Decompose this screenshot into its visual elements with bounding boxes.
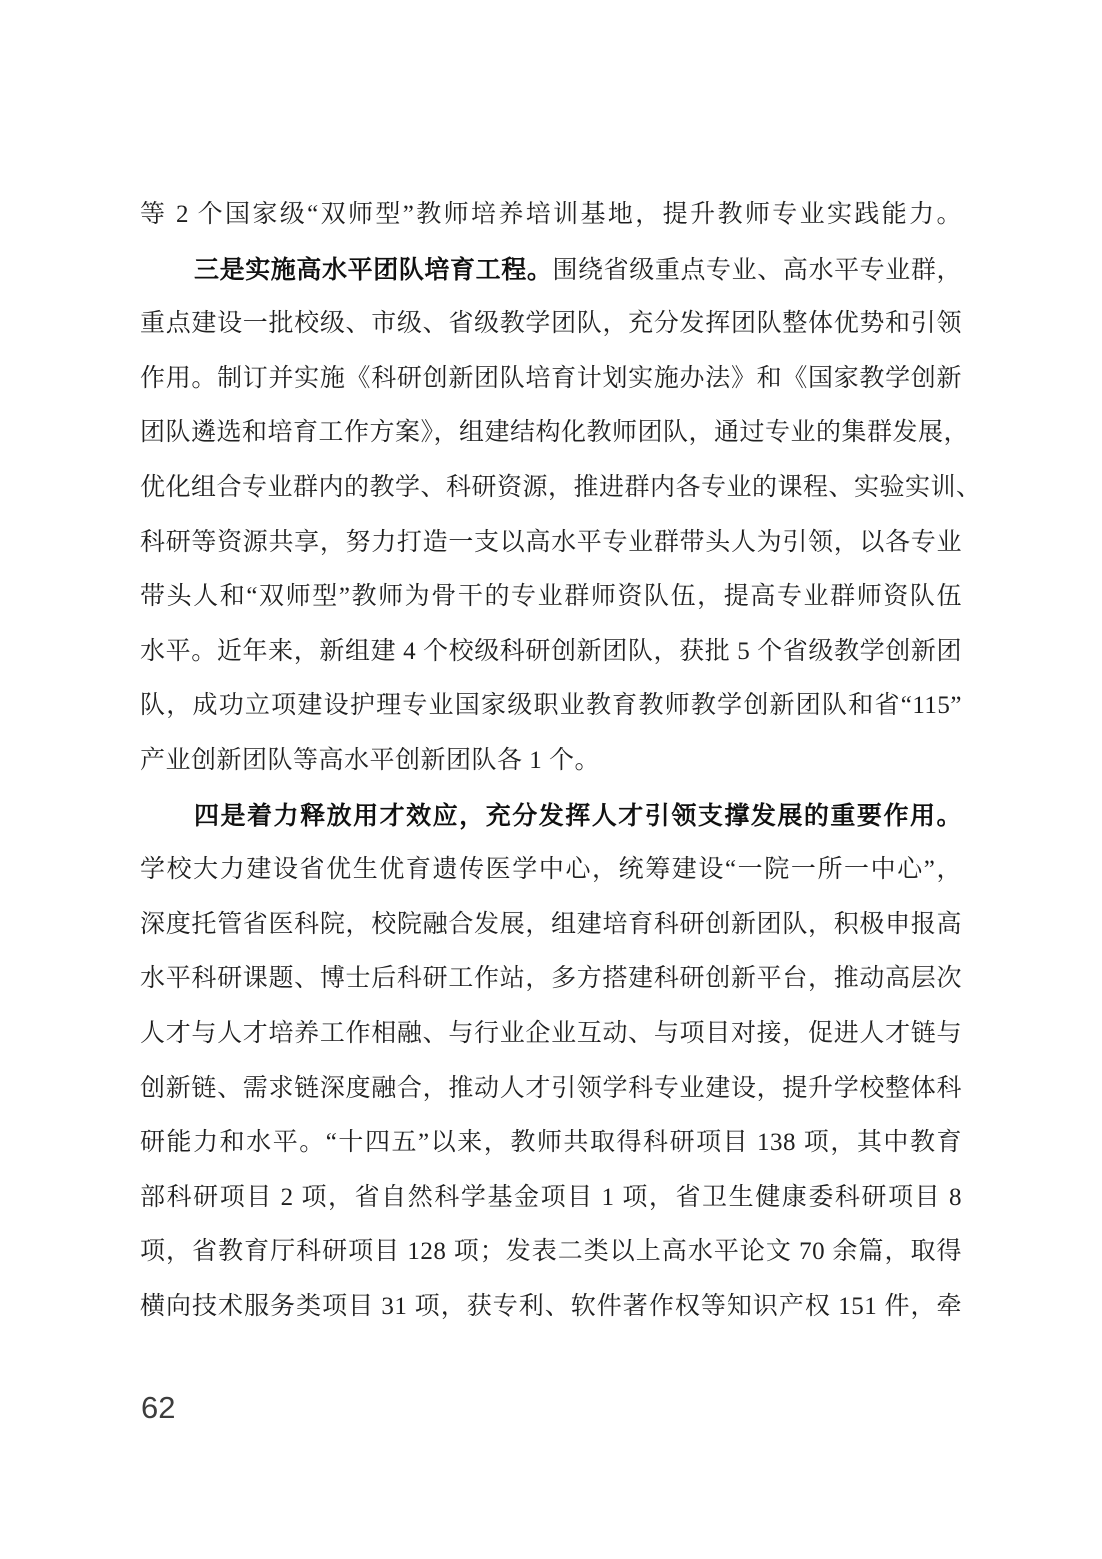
text-run: 带头人和“双师型”教师为骨干的专业群师资队伍，提高专业群师资队伍 — [140, 583, 962, 610]
bold-run: 三是实施高水平团队培育工程。 — [194, 256, 552, 284]
text-run: 水平。近年来，新组建 4 个校级科研创新团队，获批 5 个省级教学创新团 — [140, 638, 962, 665]
text-run: 水平科研课题、博士后科研工作站，多方搭建科研创新平台，推动高层次 — [140, 965, 962, 992]
text-line: 作用。制订并实施《科研创新团队培育计划实施办法》和《国家教学创新 — [140, 352, 962, 407]
text-line: 科研等资源共享，努力打造一支以高水平专业群带头人为引领，以各专业 — [140, 516, 962, 571]
text-line: 优化组合专业群内的教学、科研资源，推进群内各专业的课程、实验实训、 — [140, 461, 962, 516]
text-line: 四是着力释放用才效应，充分发挥人才引领支撑发展的重要作用。 — [140, 789, 962, 844]
text-line: 深度托管省医科院，校院融合发展，组建培育科研创新团队，积极申报高 — [140, 898, 962, 953]
text-line: 学校大力建设省优生优育遗传医学中心，统筹建设“一院一所一中心”， — [140, 843, 962, 898]
text-line: 三是实施高水平团队培育工程。围绕省级重点专业、高水平专业群， — [140, 243, 962, 298]
text-run: 等 2 个国家级“双师型”教师培养培训基地，提升教师专业实践能力。 — [140, 201, 962, 228]
text-line: 等 2 个国家级“双师型”教师培养培训基地，提升教师专业实践能力。 — [140, 188, 962, 243]
page-number: 62 — [141, 1390, 175, 1426]
text-run: 研能力和水平。“十四五”以来，教师共取得科研项目 138 项，其中教育 — [140, 1129, 962, 1156]
text-line: 重点建设一批校级、市级、省级教学团队，充分发挥团队整体优势和引领 — [140, 297, 962, 352]
text-run: 部科研项目 2 项，省自然科学基金项目 1 项，省卫生健康委科研项目 8 — [140, 1184, 962, 1211]
text-run: 团队遴选和培育工作方案》，组建结构化教师团队，通过专业的集群发展， — [140, 419, 969, 446]
text-run: 学校大力建设省优生优育遗传医学中心，统筹建设“一院一所一中心”， — [140, 856, 962, 883]
text-run: 围绕省级重点专业、高水平专业群， — [552, 257, 962, 284]
text-line: 部科研项目 2 项，省自然科学基金项目 1 项，省卫生健康委科研项目 8 — [140, 1171, 962, 1226]
text-run: 队，成功立项建设护理专业国家级职业教育教师教学创新团队和省“115” — [140, 692, 962, 719]
text-line: 研能力和水平。“十四五”以来，教师共取得科研项目 138 项，其中教育 — [140, 1116, 962, 1171]
text-run: 深度托管省医科院，校院融合发展，组建培育科研创新团队，积极申报高 — [140, 911, 962, 938]
text-run: 横向技术服务类项目 31 项，获专利、软件著作权等知识产权 151 件，牵 — [140, 1293, 962, 1320]
text-line: 水平。近年来，新组建 4 个校级科研创新团队，获批 5 个省级教学创新团 — [140, 625, 962, 680]
text-run: 人才与人才培养工作相融、与行业企业互动、与项目对接，促进人才链与 — [140, 1020, 962, 1047]
text-line: 水平科研课题、博士后科研工作站，多方搭建科研创新平台，推动高层次 — [140, 952, 962, 1007]
document-page: 等 2 个国家级“双师型”教师培养培训基地，提升教师专业实践能力。三是实施高水平… — [0, 0, 1102, 1559]
text-block: 等 2 个国家级“双师型”教师培养培训基地，提升教师专业实践能力。三是实施高水平… — [140, 188, 962, 1334]
text-line: 创新链、需求链深度融合，推动人才引领学科专业建设，提升学校整体科 — [140, 1062, 962, 1117]
text-line: 队，成功立项建设护理专业国家级职业教育教师教学创新团队和省“115” — [140, 679, 962, 734]
text-line: 带头人和“双师型”教师为骨干的专业群师资队伍，提高专业群师资队伍 — [140, 570, 962, 625]
text-line: 团队遴选和培育工作方案》，组建结构化教师团队，通过专业的集群发展， — [140, 406, 962, 461]
text-line: 横向技术服务类项目 31 项，获专利、软件著作权等知识产权 151 件，牵 — [140, 1280, 962, 1335]
bold-run: 四是着力释放用才效应，充分发挥人才引领支撑发展的重要作用。 — [194, 802, 962, 830]
text-run: 作用。制订并实施《科研创新团队培育计划实施办法》和《国家教学创新 — [140, 365, 962, 392]
text-run: 科研等资源共享，努力打造一支以高水平专业群带头人为引领，以各专业 — [140, 529, 962, 556]
text-line: 项，省教育厅科研项目 128 项；发表二类以上高水平论文 70 余篇，取得 — [140, 1225, 962, 1280]
text-run: 产业创新团队等高水平创新团队各 1 个。 — [140, 747, 600, 774]
text-run: 创新链、需求链深度融合，推动人才引领学科专业建设，提升学校整体科 — [140, 1075, 962, 1102]
text-line: 人才与人才培养工作相融、与行业企业互动、与项目对接，促进人才链与 — [140, 1007, 962, 1062]
text-run: 优化组合专业群内的教学、科研资源，推进群内各专业的课程、实验实训、 — [140, 474, 982, 501]
text-run: 重点建设一批校级、市级、省级教学团队，充分发挥团队整体优势和引领 — [140, 310, 962, 337]
text-line: 产业创新团队等高水平创新团队各 1 个。 — [140, 734, 962, 789]
text-run: 项，省教育厅科研项目 128 项；发表二类以上高水平论文 70 余篇，取得 — [140, 1238, 962, 1265]
